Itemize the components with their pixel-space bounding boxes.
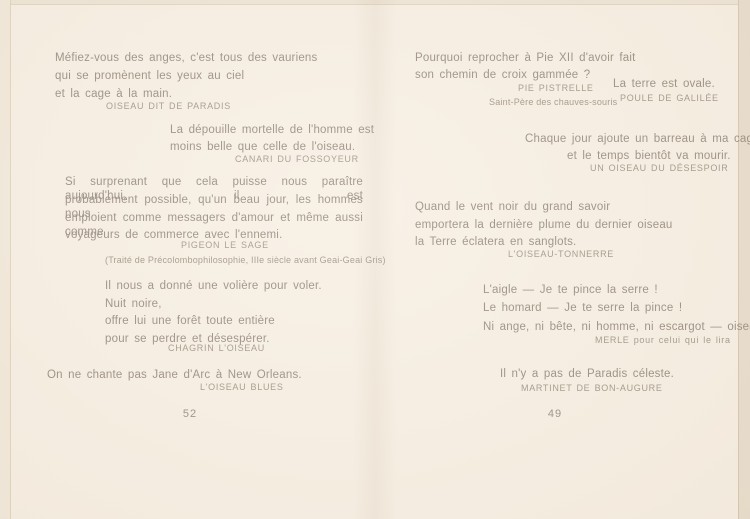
poem-line: On ne chante pas Jane d'Arc à New Orlean… xyxy=(47,368,302,382)
book-spread-photo: Méfiez-vous des anges, c'est tous des va… xyxy=(0,0,750,519)
poem-line: Méfiez-vous des anges, c'est tous des va… xyxy=(55,51,317,65)
poem-line: Nuit noire, xyxy=(105,297,162,311)
poem-line: Chaque jour ajoute un barreau à ma cage xyxy=(525,132,750,146)
poem-line: Il n'y a pas de Paradis céleste. xyxy=(500,367,674,381)
poem-line: Le homard — Je te serre la pince ! xyxy=(483,301,682,315)
poem-line: emportera la dernière plume du dernier o… xyxy=(415,218,673,232)
poem-line: Ni ange, ni bête, ni homme, ni escargot … xyxy=(483,320,750,334)
poem-attribution: PIE PISTRELLE xyxy=(518,83,594,94)
poem-attribution: POULE DE GALILÉE xyxy=(620,93,719,104)
page-left-edge xyxy=(0,0,11,519)
poem-line: Quand le vent noir du grand savoir xyxy=(415,200,610,214)
poem-line: la Terre éclatera en sanglots. xyxy=(415,235,576,249)
poem-attribution: MARTINET DE BON-AUGURE xyxy=(521,383,663,394)
poem-line: moins belle que celle de l'oiseau. xyxy=(170,140,355,154)
poem-attribution: L'OISEAU BLUES xyxy=(200,382,284,393)
page-number: 49 xyxy=(535,408,575,420)
poem-attribution: L'OISEAU-TONNERRE xyxy=(508,249,614,260)
page-right-edge xyxy=(738,0,750,519)
poem-line: offre lui une forêt toute entière xyxy=(105,314,275,328)
poem-attribution: OISEAU DIT DE PARADIS xyxy=(106,101,231,112)
poem-attribution: CHAGRIN L'OISEAU xyxy=(168,343,265,354)
poem-line: Il nous a donné une volière pour voler. xyxy=(105,279,322,293)
poem-footnote: (Traité de Précolombophilosophie, IIIe s… xyxy=(105,255,386,266)
poem-footnote: Saint-Père des chauves-souris xyxy=(489,97,617,108)
poem-line: et le temps bientôt va mourir. xyxy=(567,149,731,163)
page-number: 52 xyxy=(170,408,210,420)
poem-line: La terre est ovale. xyxy=(613,77,715,91)
poem-attribution: MERLE pour celui qui le lira xyxy=(595,335,731,346)
poem-attribution: PIGEON LE SAGE xyxy=(181,240,269,251)
poem-line: et la cage à la main. xyxy=(55,87,172,101)
poem-line: qui se promènent les yeux au ciel xyxy=(55,69,244,83)
poem-line: La dépouille mortelle de l'homme est xyxy=(170,123,374,137)
poem-line: son chemin de croix gammée ? xyxy=(415,68,590,82)
poem-line: L'aigle — Je te pince la serre ! xyxy=(483,283,658,297)
poem-line: Pourquoi reprocher à Pie XII d'avoir fai… xyxy=(415,51,636,65)
poem-attribution: UN OISEAU DU DÉSESPOIR xyxy=(590,163,728,174)
poem-attribution: CANARI DU FOSSOYEUR xyxy=(235,154,359,165)
